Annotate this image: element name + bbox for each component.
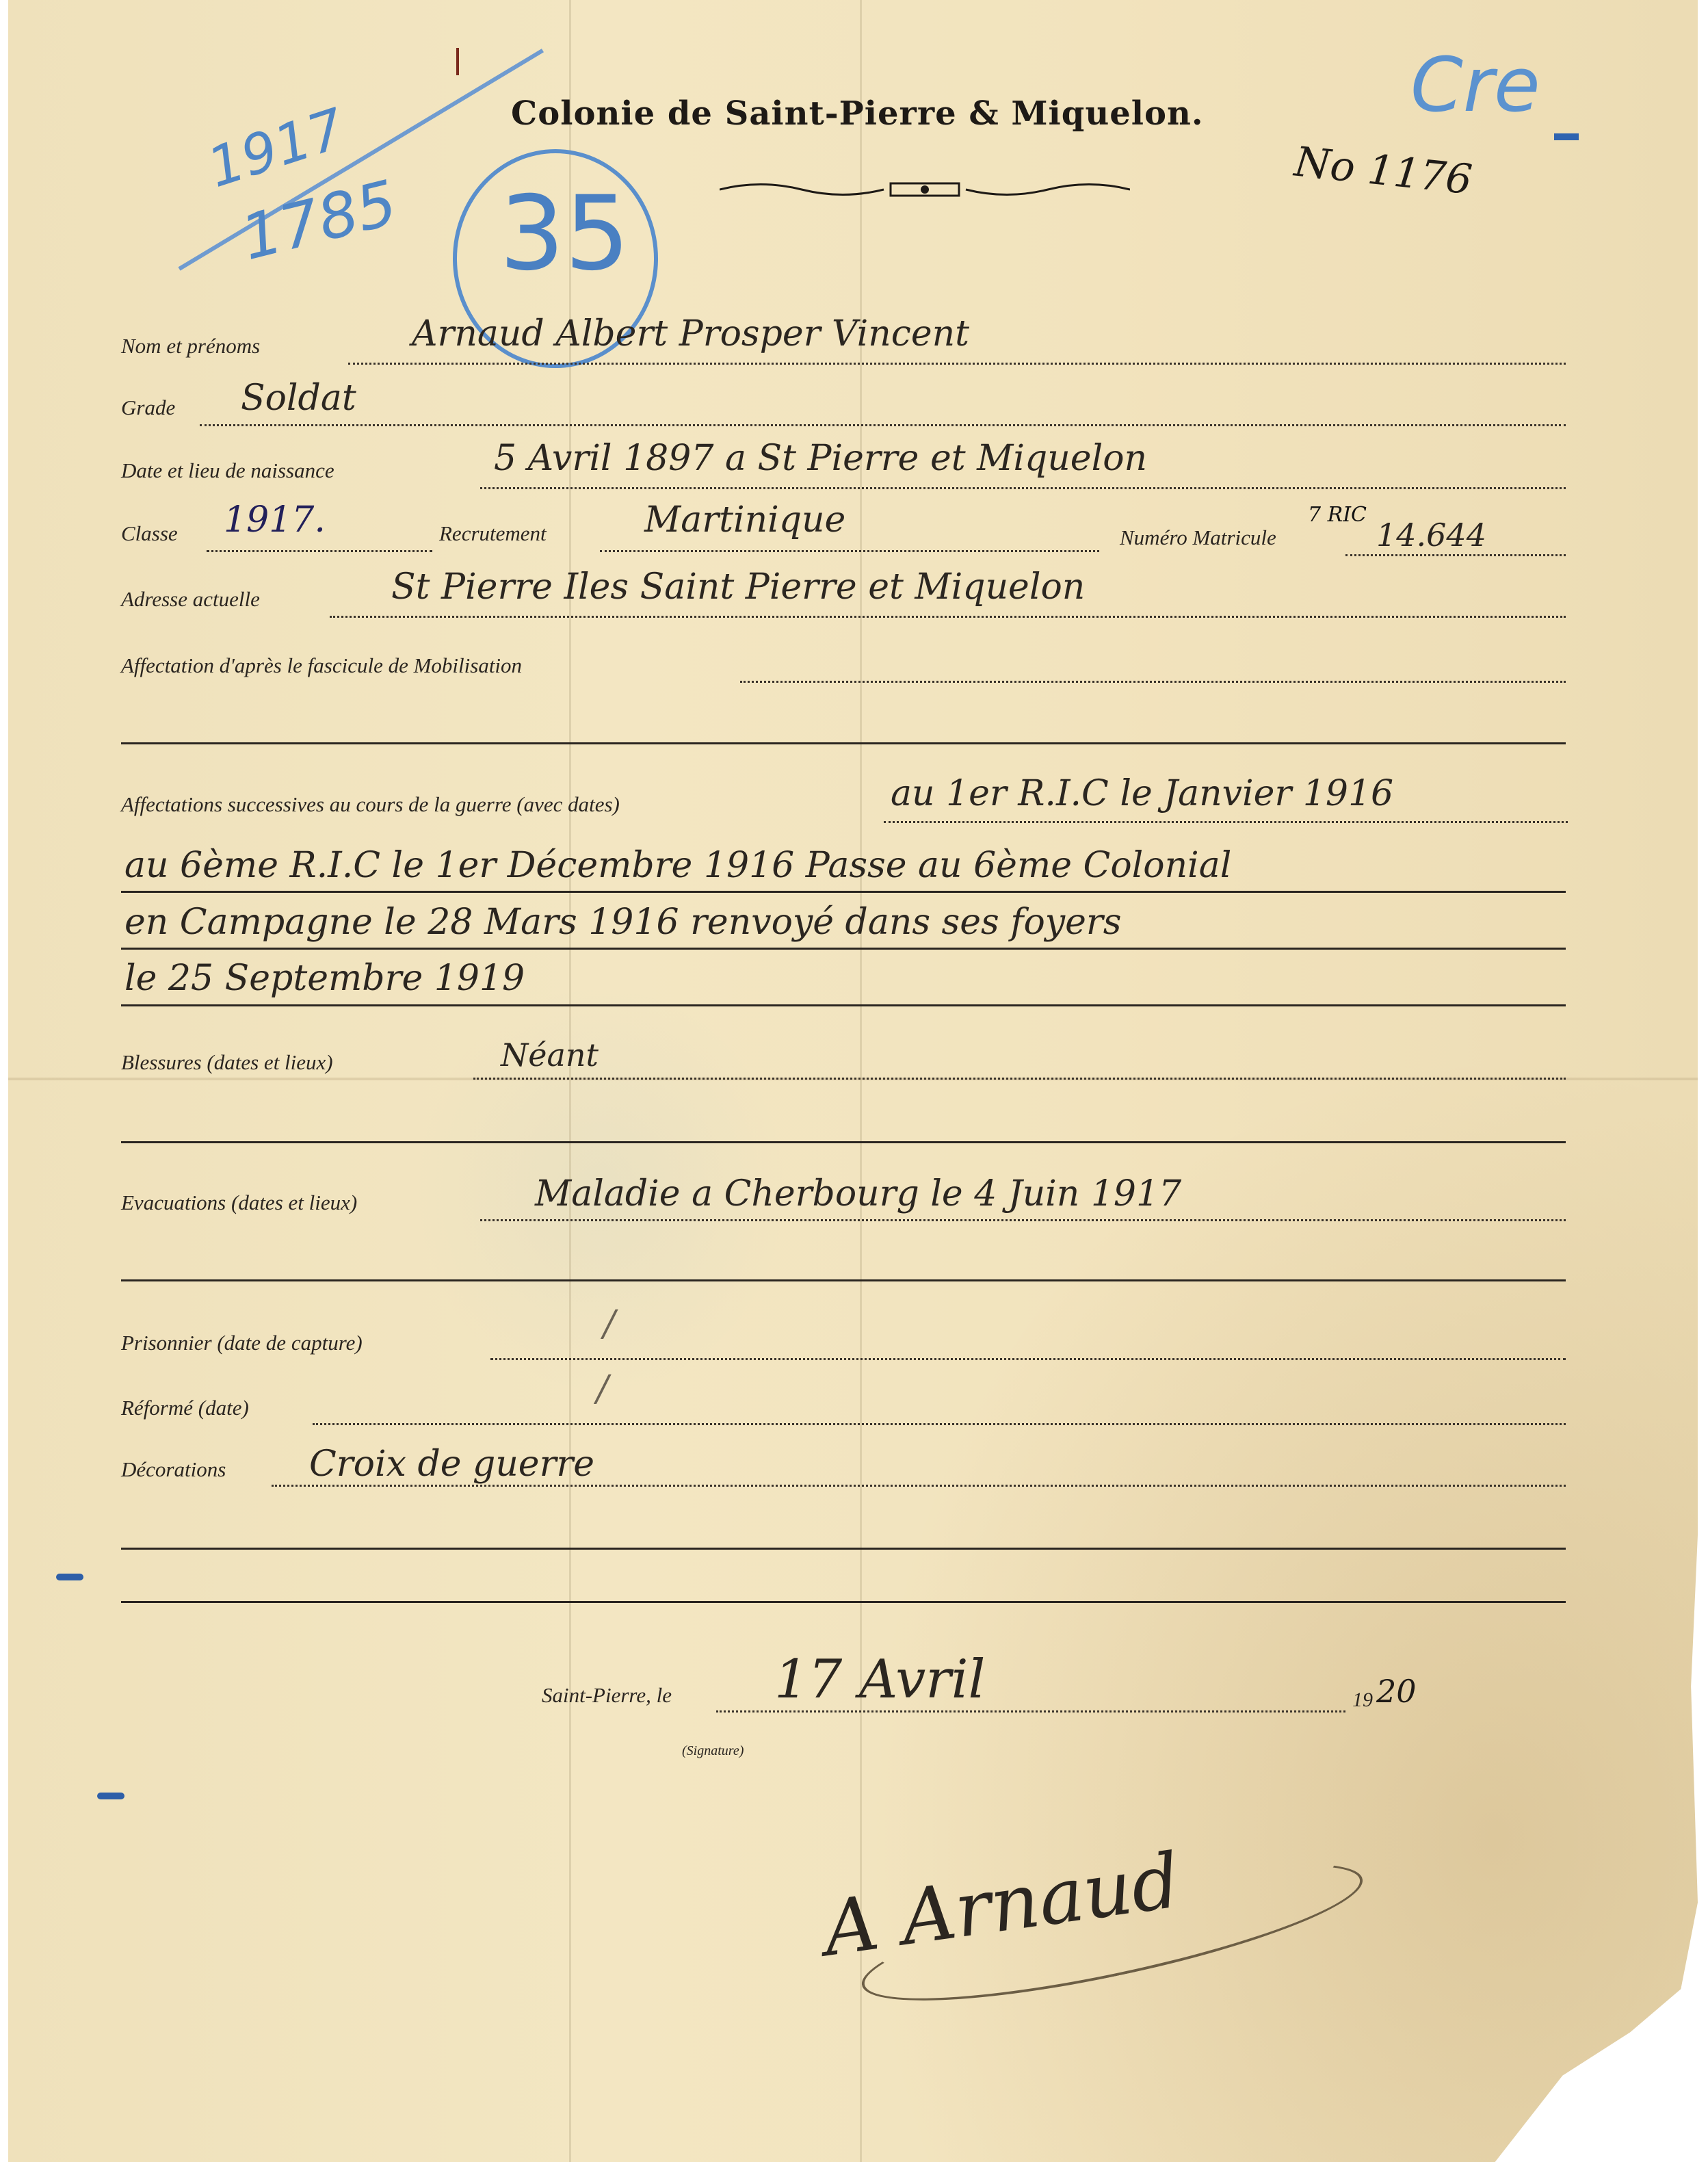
field-value-grade: Soldat (241, 378, 356, 419)
ink-spot (56, 1574, 83, 1580)
dotted-line (473, 1078, 1566, 1080)
document-paper: Colonie de Saint-Pierre & Miquelon. No 1… (8, 0, 1698, 2162)
rule-line (121, 1004, 1566, 1006)
affectation-line: le 25 Septembre 1919 (124, 958, 525, 999)
dotted-line (884, 821, 1568, 823)
field-label-reforme: Réformé (date) (121, 1396, 249, 1420)
reference-number: No 1176 (1292, 138, 1474, 205)
field-prefix-matricule: 7 RIC (1308, 503, 1367, 527)
year-suffix: 20 (1376, 1673, 1417, 1710)
ink-spot (97, 1793, 124, 1799)
field-label-nom: Nom et prénoms (121, 334, 260, 359)
field-label-blessures: Blessures (dates et lieux) (121, 1050, 333, 1075)
rule-line (121, 1279, 1566, 1281)
field-label-classe: Classe (121, 521, 178, 546)
field-value-prisonnier: / (603, 1303, 616, 1344)
dotted-line (1345, 554, 1566, 556)
field-value-blessures: Néant (501, 1037, 599, 1073)
field-value-naissance: 5 Avril 1897 a St Pierre et Miquelon (494, 438, 1147, 479)
field-label-evacuations: Evacuations (dates et lieux) (121, 1190, 357, 1215)
field-label-recrutement: Recrutement (439, 521, 547, 546)
field-value-classe: 1917. (224, 499, 326, 540)
field-label-adresse: Adresse actuelle (121, 587, 260, 612)
stray-mark (456, 48, 459, 75)
dotted-line (480, 1219, 1566, 1221)
circled-number: 35 (499, 174, 630, 294)
affectation-line: au 1er R.I.C le Janvier 1916 (891, 773, 1393, 814)
dotted-line (348, 363, 1566, 365)
field-value-adresse: St Pierre Iles Saint Pierre et Miquelon (391, 566, 1085, 608)
dotted-line (716, 1710, 1345, 1712)
field-label-prisonnier: Prisonnier (date de capture) (121, 1331, 363, 1355)
rule-line (121, 742, 1566, 744)
dotted-line (740, 681, 1566, 683)
dotted-line (200, 424, 1566, 426)
dotted-line (330, 616, 1566, 618)
affectation-line: au 6ème R.I.C le 1er Décembre 1916 Passe… (124, 845, 1231, 886)
affectation-line: en Campagne le 28 Mars 1916 renvoyé dans… (124, 902, 1121, 943)
rule-line (121, 1548, 1566, 1550)
rule-line (121, 1141, 1566, 1143)
field-label-grade: Grade (121, 395, 175, 420)
field-label-affectation-mobilisation: Affectation d'après le fascicule de Mobi… (121, 653, 522, 678)
rule-line (121, 948, 1566, 950)
dotted-line (207, 550, 432, 552)
field-label-decorations: Décorations (121, 1457, 226, 1482)
field-value-nom: Arnaud Albert Prosper Vincent (412, 313, 969, 354)
dotted-line (272, 1485, 1566, 1487)
dotted-line (480, 487, 1566, 489)
year-prefix: 19 (1352, 1689, 1373, 1712)
dotted-line (600, 550, 1099, 552)
field-label-matricule: Numéro Matricule (1120, 525, 1276, 550)
field-label-affectations-guerre: Affectations successives au cours de la … (121, 792, 620, 817)
field-value-matricule: 14.644 (1376, 517, 1486, 553)
rule-line (121, 1601, 1566, 1603)
top-right-note: Cre (1410, 41, 1540, 129)
dotted-line (490, 1358, 1566, 1360)
ink-dash (1554, 133, 1579, 140)
document-title: Colonie de Saint-Pierre & Miquelon. (511, 94, 1204, 133)
rule-line (121, 891, 1566, 893)
signature-label: (Signature) (682, 1743, 744, 1759)
field-value-decorations: Croix de guerre (309, 1444, 594, 1485)
place-label: Saint-Pierre, le (542, 1683, 672, 1708)
field-value-evacuations: Maladie a Cherbourg le 4 Juin 1917 (535, 1173, 1181, 1214)
field-value-recrutement: Martinique (644, 499, 845, 540)
ornament-divider-icon (720, 179, 1130, 200)
date-value: 17 Avril (774, 1649, 985, 1710)
dotted-line (313, 1423, 1566, 1425)
field-value-reforme: / (596, 1368, 609, 1409)
field-label-naissance: Date et lieu de naissance (121, 458, 334, 483)
